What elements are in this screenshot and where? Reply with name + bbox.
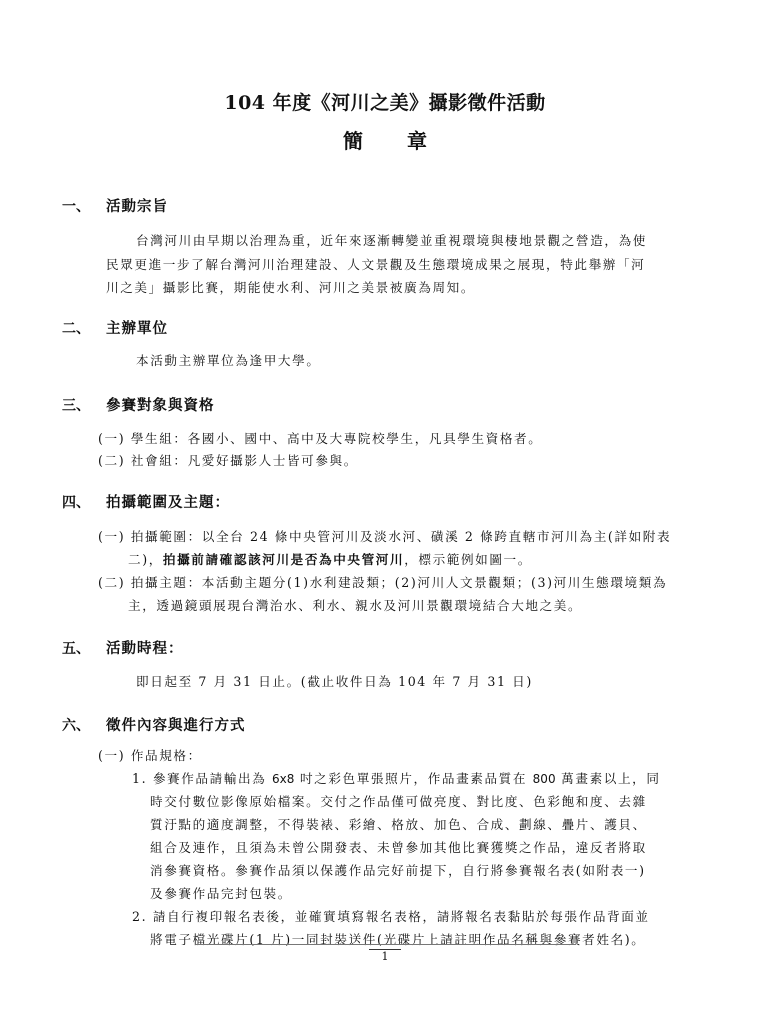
section-number: 一、 [62,196,90,216]
paragraph-line: 民眾更進一步了解台灣河川治理建設、人文景觀及生態環境成果之展現，特此舉辦「河 [106,254,645,273]
list-item-continuation: 主，透過鏡頭展現台灣治水、利水、親水及河川景觀環境結合大地之美。 [128,595,582,614]
sub-list-continuation: 將電子檔光碟片(1 片)一同封裝送件(光碟片上請註明作品名稱與參賽者姓名)。 [150,929,645,948]
section-title: 活動時程： [106,637,184,658]
text-span: 吋之彩色單張照片，作品畫素品質在 [294,771,532,786]
section-title: 徵件內容與進行方式 [106,714,246,735]
list-item-continuation: 二)，拍攝前請確認該河川是否為中央管河川，標示範例如圖一。 [128,549,532,568]
list-item: (一) 拍攝範圍：以全台 24 條中央管河川及淡水河、磺溪 2 條跨直轄市河川為… [98,526,671,545]
section-title: 活動宗旨 [106,195,168,216]
sub-list-continuation: 質汙點的適度調整，不得裝裱、彩繪、格放、加色、合成、劃線、疊片、護貝、 [150,814,647,833]
text-span: ，標示範例如圖一。 [404,552,532,567]
section-number: 二、 [62,318,90,338]
subtitle-char: 章 [407,125,427,154]
text-span: 1. 參賽作品請輸出為 [132,771,272,786]
section-number: 三、 [62,395,90,415]
section-number: 六、 [62,715,90,735]
sub-list-continuation: 時交付數位影像原始檔案。交付之作品僅可做亮度、對比度、色彩飽和度、去雜 [150,791,647,810]
section-number: 四、 [62,492,90,512]
sub-list-item: 1. 參賽作品請輸出為 6x8 吋之彩色單張照片，作品畫素品質在 800 萬畫素… [132,768,661,787]
document-subtitle: 簡章 [0,125,770,154]
section-title: 拍攝範圍及主題： [106,491,230,512]
text-span: 二)， [128,552,163,567]
sub-list-continuation: 消參賽資格。參賽作品須以保護作品完好前提下，自行將參賽報名表(如附表一) [150,860,646,879]
page-number: 1 [0,950,770,963]
list-item: (一) 學生組：各國小、國中、高中及大專院校學生，凡具學生資格者。 [98,428,542,447]
sub-list-continuation: 及參賽作品完封包裝。 [150,883,292,902]
footer-rule [196,944,576,945]
section-title: 參賽對象與資格 [106,394,215,415]
list-item: (二) 社會組：凡愛好攝影人士皆可參與。 [98,450,358,469]
section-title: 主辦單位 [106,317,168,338]
text-span: 萬畫素以上，同 [556,771,661,786]
emphasis-text: 拍攝前請確認該河川是否為中央管河川 [163,552,404,567]
paragraph-line: 即日起至 7 月 31 日止。(截止收件日為 104 年 7 月 31 日) [136,671,533,690]
size-value: 6x8 [272,772,294,786]
paragraph-line: 川之美」攝影比賽，期能使水利、河川之美景被廣為周知。 [106,277,475,296]
sub-list-continuation: 組合及連作，且須為未曾公開發表、未曾參加其他比賽獲獎之作品，違反者將取 [150,837,647,856]
paragraph-line: 台灣河川由早期以治理為重，近年來逐漸轉變並重視環境與棲地景觀之營造，為使 [136,230,647,249]
section-number: 五、 [62,638,90,658]
subtitle-char: 簡 [343,125,363,154]
paragraph-line: 本活動主辦單位為逢甲大學。 [136,350,321,369]
list-item: (二) 拍攝主題：本活動主題分(1)水利建設類；(2)河川人文景觀類；(3)河川… [98,572,667,591]
list-item: (一) 作品規格： [98,745,202,764]
resolution-value: 800 [533,772,556,786]
sub-list-item: 2. 請自行複印報名表後，並確實填寫報名表格，請將報名表黏貼於每張作品背面並 [132,906,650,925]
document-title: 104 年度《河川之美》攝影徵件活動 [0,88,770,115]
